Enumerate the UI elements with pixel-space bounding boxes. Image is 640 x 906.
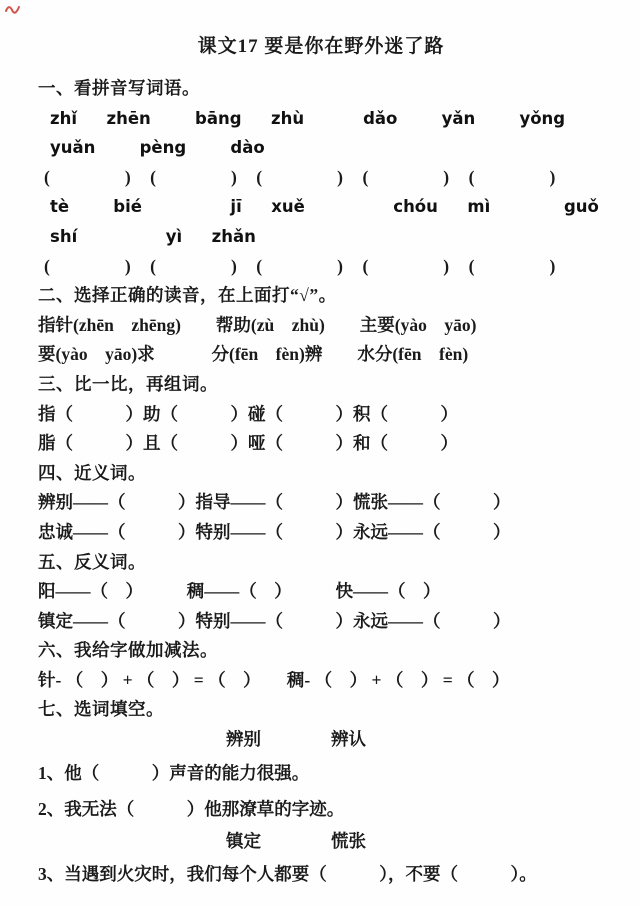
section-3-line-2: 脂（ ）且（ ）哑（ ）和（ ） [38, 429, 604, 459]
word-choices-2: 镇定 慌张 [226, 827, 604, 857]
section-4-line-1: 辨别——（ ）指导——（ ）慌张——（ ） [38, 488, 604, 518]
red-mark-icon [5, 3, 21, 16]
page-title: 课文17 要是你在野外迷了路 [38, 34, 604, 60]
section-2-line-2: 要(yào yāo)求 分(fēn fèn)辨 水分(fēn fèn) [38, 340, 604, 370]
section-2-line-1: 指针(zhēn zhēng) 帮助(zù zhù) 主要(yào yāo) [38, 311, 604, 341]
answer-blanks-row-2: ( ) ( ) ( ) ( ) ( ) [38, 252, 604, 282]
section-7-header: 七、选词填空。 [38, 695, 604, 725]
section-5-line-1: 阳——（ ） 稠——（ ） 快——（ ） [38, 577, 604, 607]
section-7-item-1: 1、他（ ）声音的能力很强。 [38, 755, 604, 791]
pinyin-row-2: tè bié jī xuě chóu mì guǒ shí yì zhǎn [38, 192, 604, 251]
word-choices-1: 辨别 辨认 [226, 725, 604, 755]
worksheet-page: 课文17 要是你在野外迷了路 一、看拼音写词语。 zhǐ zhēn bāng z… [0, 0, 640, 906]
pinyin-row-1: zhǐ zhēn bāng zhù dǎo yǎn yǒng yuǎn pèng… [38, 104, 604, 163]
section-3-line-1: 指（ ）助（ ）碰（ ）积（ ） [38, 400, 604, 430]
section-3-header: 三、比一比，再组词。 [38, 370, 604, 400]
section-6-header: 六、我给字做加减法。 [38, 636, 604, 666]
section-4-line-2: 忠诚——（ ）特别——（ ）永远——（ ） [38, 518, 604, 548]
section-1-header: 一、看拼音写词语。 [38, 74, 604, 104]
section-4-header: 四、近义词。 [38, 459, 604, 489]
section-7-item-3: 3、当遇到火灾时，我们每个人都要（ ），不要（ ）。 [38, 856, 604, 892]
section-5-line-2: 镇定——（ ）特别——（ ）永远——（ ） [38, 607, 604, 637]
section-7-item-2: 2、我无法（ ）他那潦草的字迹。 [38, 791, 604, 827]
answer-blanks-row-1: ( ) ( ) ( ) ( ) ( ) [38, 163, 604, 193]
section-6-line-1: 针- （ ） + （ ） = （ ） 稠- （ ） + （ ） = （ ） [38, 666, 604, 696]
section-2-header: 二、选择正确的读音，在上面打“√”。 [38, 281, 604, 311]
section-5-header: 五、反义词。 [38, 548, 604, 578]
